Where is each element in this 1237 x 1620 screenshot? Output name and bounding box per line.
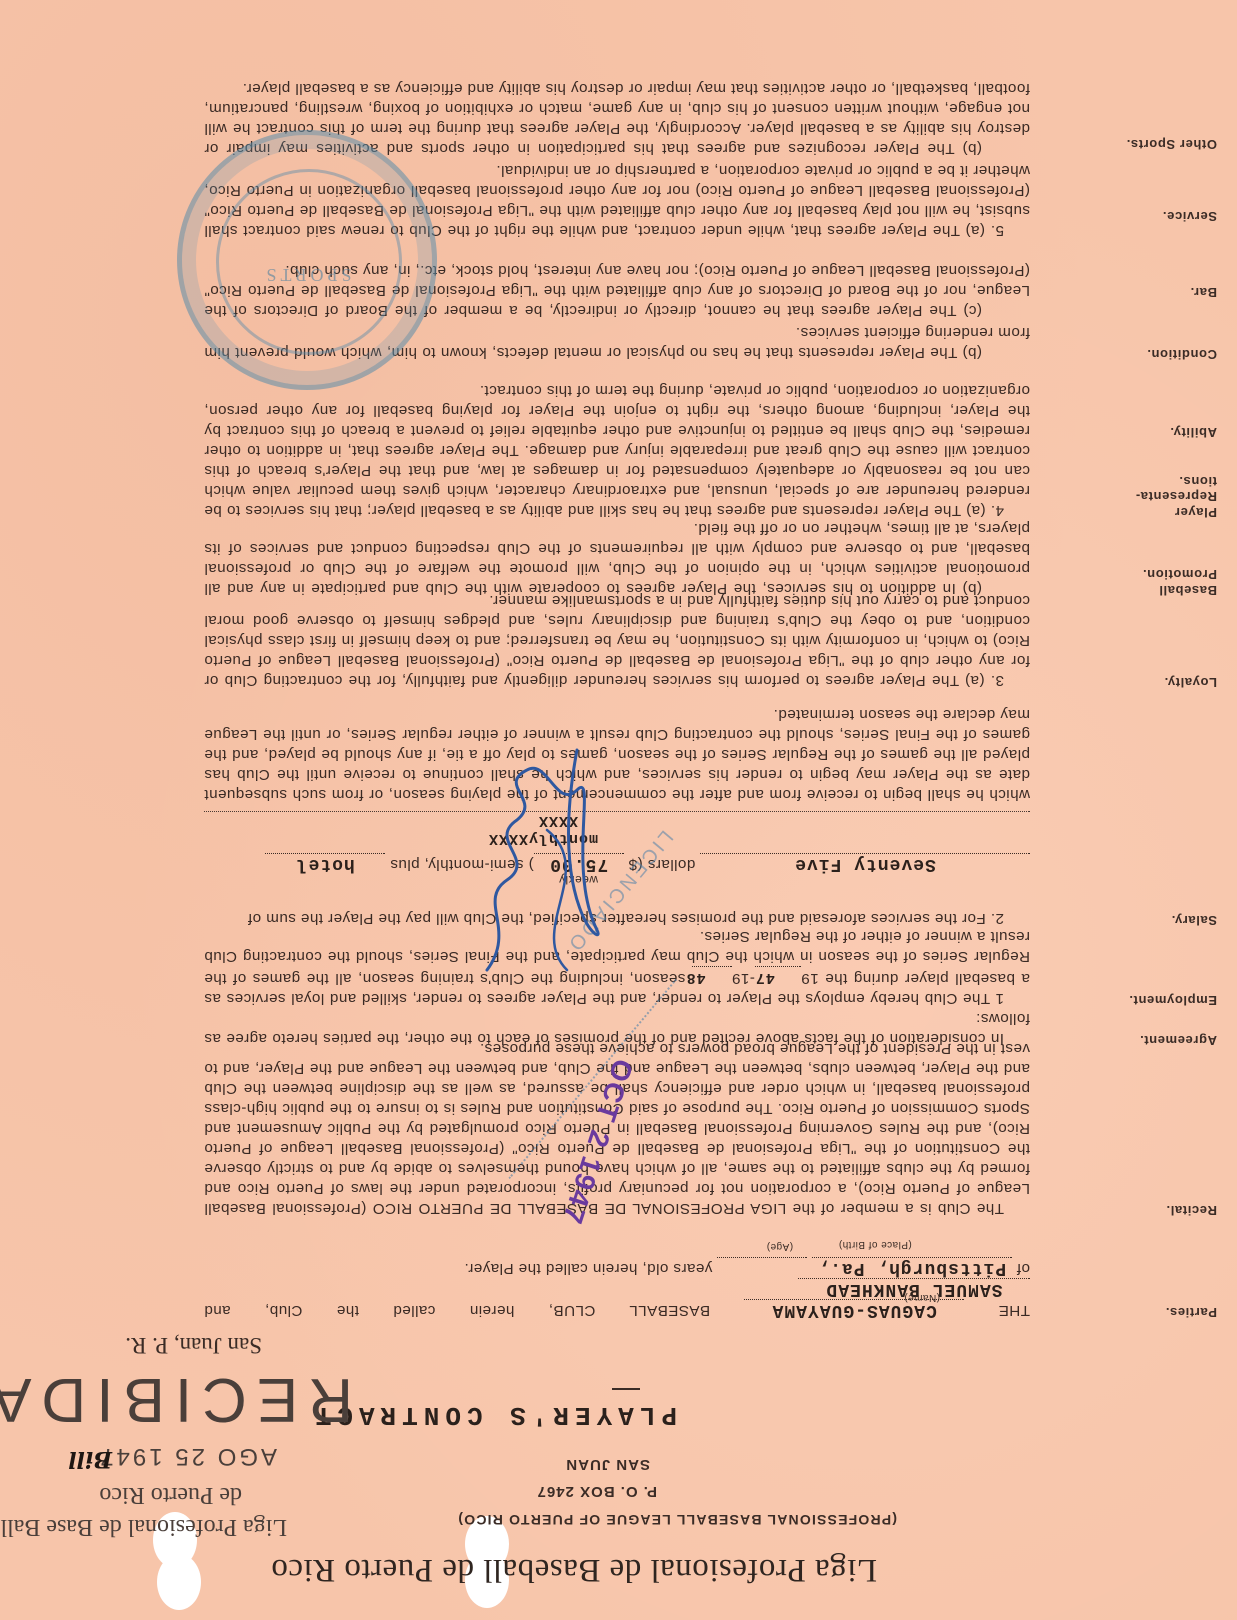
handwritten-signature xyxy=(437,730,637,990)
place-label: (Place of Birth) xyxy=(838,1234,911,1254)
title-underline xyxy=(612,1388,640,1390)
agreement-text: In consideration of the facts above reci… xyxy=(204,1008,1030,1048)
header-city: SAN JUAN xyxy=(565,1456,650,1473)
label-baseball-promotion: Baseball Promotion. xyxy=(1125,567,1217,598)
label-parties: Parties. xyxy=(1125,1304,1217,1320)
loyalty-text: 3. (a) The Player agrees to perform his … xyxy=(204,590,1030,690)
label-salary: Salary. xyxy=(1125,912,1217,928)
location-line: San Juan, P. R. xyxy=(125,1332,262,1358)
agreement-paragraph: In consideration of the facts above reci… xyxy=(204,1008,1030,1048)
label-bar: Bar. xyxy=(1125,284,1217,300)
years-old-text: years old, herein called the Player. xyxy=(464,1260,712,1277)
salary-extra: hotel xyxy=(296,854,355,874)
stamp-date: AGO 25 1947 xyxy=(97,1442,277,1470)
official-seal-stamp: SPORTS xyxy=(177,130,437,390)
label-player-representations: Player Representa-tions. xyxy=(1125,473,1217,520)
label-ability: Ability. xyxy=(1125,424,1217,440)
label-agreement: Agreement. xyxy=(1125,1032,1217,1048)
seal-text: SPORTS xyxy=(222,264,392,285)
name-label: (Name) xyxy=(904,1287,940,1307)
season-end: 48 xyxy=(686,969,706,986)
label-loyalty: Loyalty. xyxy=(1125,674,1217,690)
place-of-birth: Pittsburgh, Pa., xyxy=(817,1258,1006,1278)
representations-text: 4. (a) The Player represents and agrees … xyxy=(204,380,1030,520)
label-employment: Employment. xyxy=(1125,992,1217,1008)
league-title: Liga Profesional de Baseball de Puerto R… xyxy=(271,1551,877,1588)
parties-of: of xyxy=(1016,1260,1030,1277)
promotion-paragraph: (b) In addition to his services, the Pla… xyxy=(204,518,1030,598)
age-label: (Age) xyxy=(766,1236,793,1256)
parties-the: THE xyxy=(998,1302,1030,1319)
parties-club-suffix: BASEBALL CLUB, herein called the Club, a… xyxy=(204,1302,710,1319)
label-service: Service. xyxy=(1125,208,1217,224)
loyalty-paragraph: 3. (a) The Player agrees to perform his … xyxy=(204,590,1030,690)
season-dash: -19 xyxy=(732,970,755,987)
amount-words: Seventy Five xyxy=(794,854,936,874)
stamp-line-1: Liga Profesional de Base Ball xyxy=(0,1513,287,1540)
stamp-initials: Bill xyxy=(68,1446,112,1472)
stamp-recibida: RECIBIDA xyxy=(0,1364,353,1435)
season-start: 47 xyxy=(755,969,775,986)
stamp-line-2: de Puerto Rico xyxy=(99,1481,242,1508)
representations-paragraph: 4. (a) The Player represents and agrees … xyxy=(204,380,1030,520)
contract-page: Liga Profesional de Baseball de Puerto R… xyxy=(0,0,1237,1620)
birthplace-line: of Pittsburgh, Pa.,(Place of Birth) (Age… xyxy=(204,1257,1030,1278)
league-subtitle: (PROFESSIONAL BASEBALL LEAGUE OF PUERTO … xyxy=(457,1512,897,1528)
po-box: P. O. BOX 2467 xyxy=(537,1483,657,1500)
label-condition: Condition. xyxy=(1125,346,1217,362)
parties-section: THE CAGUAS-GUAYAMA BASEBALL CLUB, herein… xyxy=(204,1278,1030,1320)
label-other-sports: Other Sports. xyxy=(1125,136,1217,152)
document-title: PLAYER'S CONTRACT xyxy=(310,1400,677,1430)
label-recital: Recital. xyxy=(1125,1202,1217,1218)
promotion-text: (b) In addition to his services, the Pla… xyxy=(204,518,1030,598)
